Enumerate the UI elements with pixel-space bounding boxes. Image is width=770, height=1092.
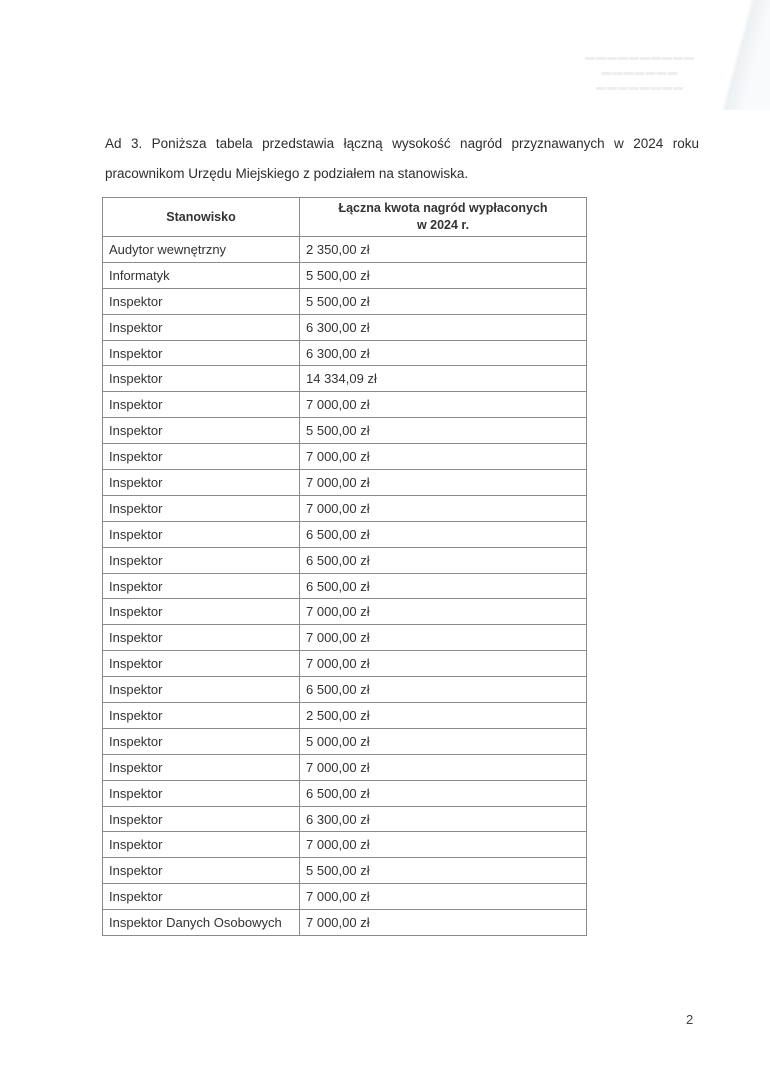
cell-position: Inspektor [103, 340, 300, 366]
cell-position: Inspektor [103, 858, 300, 884]
cell-position: Inspektor [103, 651, 300, 677]
cell-amount: 5 500,00 zł [300, 262, 587, 288]
table-row: Inspektor6 500,00 zł [103, 677, 587, 703]
cell-amount: 7 000,00 zł [300, 444, 587, 470]
cell-position: Inspektor [103, 832, 300, 858]
cell-amount: 6 300,00 zł [300, 340, 587, 366]
table-row: Inspektor5 500,00 zł [103, 288, 587, 314]
cell-amount: 2 350,00 zł [300, 237, 587, 263]
cell-position: Inspektor [103, 547, 300, 573]
cell-amount: 2 500,00 zł [300, 703, 587, 729]
table-row: Inspektor5 000,00 zł [103, 728, 587, 754]
table-row: Inspektor6 500,00 zł [103, 573, 587, 599]
cell-amount: 7 000,00 zł [300, 470, 587, 496]
cell-amount: 6 500,00 zł [300, 547, 587, 573]
cell-position: Inspektor [103, 495, 300, 521]
table-row: Inspektor7 000,00 zł [103, 599, 587, 625]
awards-table: Stanowisko Łączna kwota nagród wypłacony… [102, 197, 587, 936]
cell-amount: 5 500,00 zł [300, 418, 587, 444]
cell-amount: 6 500,00 zł [300, 780, 587, 806]
cell-amount: 7 000,00 zł [300, 392, 587, 418]
table-row: Inspektor7 000,00 zł [103, 470, 587, 496]
cell-position: Inspektor [103, 806, 300, 832]
cell-amount: 6 300,00 zł [300, 314, 587, 340]
cell-amount: 6 500,00 zł [300, 521, 587, 547]
table-row: Inspektor7 000,00 zł [103, 832, 587, 858]
table-row: Inspektor7 000,00 zł [103, 625, 587, 651]
cell-position: Inspektor [103, 418, 300, 444]
cell-position: Inspektor [103, 314, 300, 340]
intro-line-1: Ad 3. Poniższa tabela przedstawia łączną… [105, 129, 699, 159]
cell-amount: 7 000,00 zł [300, 651, 587, 677]
table-row: Inspektor6 300,00 zł [103, 340, 587, 366]
cell-position: Inspektor [103, 728, 300, 754]
faded-stamp: ▬▬▬▬▬▬▬▬▬▬ ▬▬▬▬▬▬▬ ▬▬▬▬▬▬▬▬ [555, 50, 725, 95]
table-row: Inspektor6 500,00 zł [103, 780, 587, 806]
table-row: Inspektor5 500,00 zł [103, 418, 587, 444]
cell-position: Inspektor [103, 599, 300, 625]
cell-amount: 7 000,00 zł [300, 599, 587, 625]
table-body: Audytor wewnętrzny2 350,00 złInformatyk5… [103, 237, 587, 936]
table-row: Inspektor6 500,00 zł [103, 547, 587, 573]
table-row: Inspektor7 000,00 zł [103, 754, 587, 780]
cell-position: Inspektor [103, 392, 300, 418]
table-row: Inspektor Danych Osobowych7 000,00 zł [103, 910, 587, 936]
cell-position: Audytor wewnętrzny [103, 237, 300, 263]
cell-amount: 5 500,00 zł [300, 858, 587, 884]
cell-position: Inspektor [103, 884, 300, 910]
header-amount-line2: w 2024 r. [417, 218, 469, 232]
cell-position: Inspektor [103, 677, 300, 703]
cell-position: Inspektor [103, 780, 300, 806]
header-position: Stanowisko [103, 198, 300, 237]
table-row: Audytor wewnętrzny2 350,00 zł [103, 237, 587, 263]
cell-position: Inspektor [103, 444, 300, 470]
table-row: Inspektor7 000,00 zł [103, 392, 587, 418]
cell-position: Inspektor [103, 288, 300, 314]
header-amount-line1: Łączna kwota nagród wypłaconych [338, 201, 547, 215]
cell-position: Inspektor [103, 521, 300, 547]
cell-amount: 7 000,00 zł [300, 495, 587, 521]
cell-position: Inspektor [103, 754, 300, 780]
cell-amount: 7 000,00 zł [300, 625, 587, 651]
cell-position: Inspektor [103, 573, 300, 599]
table-row: Informatyk5 500,00 zł [103, 262, 587, 288]
cell-position: Informatyk [103, 262, 300, 288]
table-row: Inspektor7 000,00 zł [103, 651, 587, 677]
cell-position: Inspektor [103, 703, 300, 729]
table-row: Inspektor7 000,00 zł [103, 444, 587, 470]
table-row: Inspektor7 000,00 zł [103, 884, 587, 910]
header-amount: Łączna kwota nagród wypłaconych w 2024 r… [300, 198, 587, 237]
cell-position: Inspektor [103, 470, 300, 496]
table-row: Inspektor14 334,09 zł [103, 366, 587, 392]
cell-amount: 6 500,00 zł [300, 677, 587, 703]
table-header-row: Stanowisko Łączna kwota nagród wypłacony… [103, 198, 587, 237]
cell-amount: 7 000,00 zł [300, 910, 587, 936]
cell-amount: 6 500,00 zł [300, 573, 587, 599]
cell-position: Inspektor [103, 366, 300, 392]
cell-amount: 5 500,00 zł [300, 288, 587, 314]
table-row: Inspektor6 300,00 zł [103, 314, 587, 340]
cell-amount: 7 000,00 zł [300, 884, 587, 910]
table-row: Inspektor7 000,00 zł [103, 495, 587, 521]
cell-amount: 7 000,00 zł [300, 754, 587, 780]
cell-amount: 14 334,09 zł [300, 366, 587, 392]
table-row: Inspektor2 500,00 zł [103, 703, 587, 729]
table-row: Inspektor6 300,00 zł [103, 806, 587, 832]
cell-amount: 7 000,00 zł [300, 832, 587, 858]
cell-amount: 5 000,00 zł [300, 728, 587, 754]
cell-position: Inspektor [103, 625, 300, 651]
cell-position: Inspektor Danych Osobowych [103, 910, 300, 936]
table-row: Inspektor6 500,00 zł [103, 521, 587, 547]
intro-paragraph: Ad 3. Poniższa tabela przedstawia łączną… [105, 129, 699, 189]
table-row: Inspektor5 500,00 zł [103, 858, 587, 884]
cell-amount: 6 300,00 zł [300, 806, 587, 832]
page-number: 2 [686, 1012, 693, 1027]
intro-line-2: pracownikom Urzędu Miejskiego z podziałe… [105, 166, 468, 181]
